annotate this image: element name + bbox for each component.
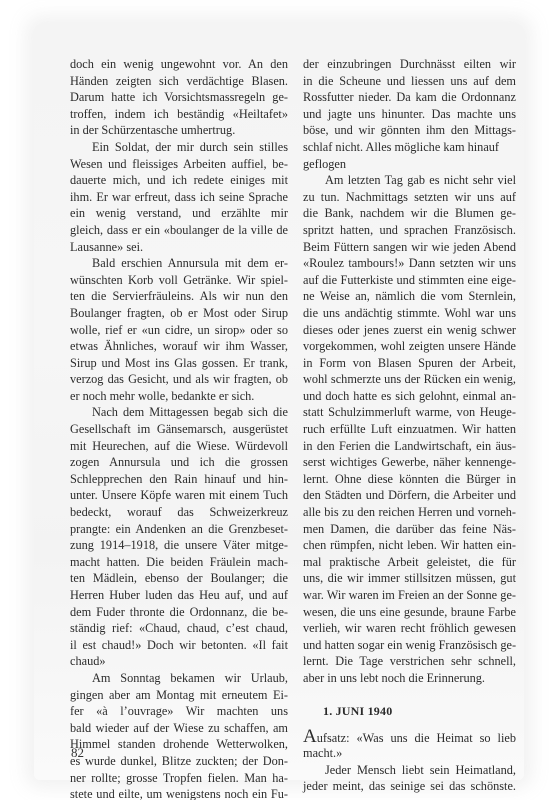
right-column: der einzubringen Durchnässt eilten wir i… [303, 56, 516, 795]
text-line: Sirup und Most ins Glas gossen. Er trank… [70, 355, 288, 372]
essay-title: ufsatz: «Was uns die Heimat so lieb [317, 731, 516, 745]
text-line: aber in uns lebt noch die Erinnerung. [303, 670, 516, 687]
section-heading: 1. JUNI 1940 [323, 703, 516, 719]
text-line: zogen Annursula und ich die grossen [70, 454, 288, 471]
text-line: Schlepprechen den Rain hinauf und hin- [70, 471, 288, 488]
text-line: unter. Unsere Köpfe waren mit einem Tuch [70, 487, 288, 504]
text-line: uns, die wir immer stillsitzen müssen, g… [303, 570, 516, 587]
text-line: zung 1914–1918, die unsere Väter mitge- [70, 537, 288, 554]
text-line: lernt. Die Tage verstrichen sehr schnell… [303, 653, 516, 670]
text-line: wolle, rief er «un cidre, un sirop» oder… [70, 322, 288, 339]
text-line: Boulanger fragten, ob er Most oder Sirup [70, 305, 288, 322]
text-line: Himmel standen drohende Wetterwolken, [70, 736, 288, 753]
text-line: wohl schmerzte uns der Rücken ein wenig, [303, 371, 516, 388]
text-line: er noch mehr wolle, bedankte er sich. [70, 388, 288, 405]
text-line: ein wenig verstand, und erzählte mir [70, 205, 288, 222]
text-line: Wesen und fleissiges Arbeiten auffiel, b… [70, 156, 288, 173]
text-line: der einzubringen Durchnässt eilten wir [303, 56, 516, 73]
text-line: und hatten sogar ein wenig Französisch g… [303, 637, 516, 654]
text-line: ständig rief: «Chaud, chaud, c’est chaud… [70, 620, 288, 637]
text-line: in Form von Blasen Spuren der Arbeit, [303, 355, 516, 372]
text-line: in den Ferien die Landwirtschaft, ein äu… [303, 438, 516, 455]
text-line: verlieh, wir waren recht fröhlich gewese… [303, 620, 516, 637]
text-line: und jagte uns hinunter. Das machte uns [303, 106, 516, 123]
page-number: 82 [71, 745, 84, 761]
text-line: und doch hatte es sich gelohnt, einmal a… [303, 388, 516, 405]
text-line: Herren Huber luden das Heu auf, und auf [70, 587, 288, 604]
text-line: prangte: ein Andenken an die Grenzbeset- [70, 521, 288, 538]
text-line: in die Scheune und liessen uns auf dem [303, 73, 516, 90]
text-line: dauerte mich, und ich redete einiges mit [70, 172, 288, 189]
text-line: stete und eilte, um wenigstens noch ein … [70, 786, 288, 800]
essay-title-continued: macht.» [303, 745, 516, 762]
text-line: schlaf nicht. Alles mögliche kam hinauf [303, 139, 516, 156]
text-line: dieses oder jenes zuerst ein wenig schwe… [303, 322, 516, 339]
drop-cap: A [303, 726, 317, 747]
text-line: gleich, dass er ein «boulanger de la vil… [70, 222, 288, 239]
text-line: Rossfutter nieder. Da kam die Ordonnanz [303, 89, 516, 106]
text-line: macht hatten. Die beiden Fräulein mach- [70, 554, 288, 571]
paragraph-start: Ein Soldat, der mir durch sein stilles [70, 139, 288, 156]
text-line: wünschten Korb voll Getränke. Wir spiel- [70, 272, 288, 289]
text-line: chen rümpfen, nicht leben. Wir hatten ei… [303, 537, 516, 554]
text-line: ten Mädlein, ebenso der Boulanger; die [70, 570, 288, 587]
text-line: «Roulez tambours!» Dann setzten wir uns [303, 255, 516, 272]
text-line: Beim Füttern sangen wir wie jeden Abend [303, 239, 516, 256]
text-line: lernt. Ohne diese könnten die Bürger in [303, 471, 516, 488]
text-line: mal praktische Arbeit geleistet, die für [303, 554, 516, 571]
text-line: chaud» [70, 653, 288, 670]
text-line: Lausanne» sei. [70, 239, 288, 256]
text-line: fer «à l’ouvrage» Wir machten uns [70, 703, 288, 720]
text-line: ruch erfüllte Luft einzuatmen. Wir hatte… [303, 421, 516, 438]
text-line: Händen zeigten sich verdächtige Blasen. [70, 73, 288, 90]
text-line: gingen aber am Montag mit erneutem Ei- [70, 687, 288, 704]
text-line: statt Schulzimmerluft warme, von Heuge- [303, 404, 516, 421]
text-line: vorgekommen, wohl zeigten unsere Hände [303, 338, 516, 355]
text-line: bedeckt, worauf das Schweizerkreuz [70, 504, 288, 521]
text-line: dem Fuder thronte die Ordonnanz, die be- [70, 604, 288, 621]
text-line: ten die Servierfräuleins. Als wir nun de… [70, 288, 288, 305]
text-line: die Bank, nachdem wir die Blumen ge- [303, 205, 516, 222]
text-line: auf die Futterkiste und stimmten eine ei… [303, 272, 516, 289]
text-line: es wurde dunkel, Blitze zuckten; der Don… [70, 753, 288, 770]
essay-title-line: Aufsatz: «Was uns die Heimat so lieb [303, 729, 516, 746]
text-line: serst wichtiges Gewerbe, näher kennenge- [303, 454, 516, 471]
paragraph-start: Am Sonntag bekamen wir Urlaub, [70, 670, 288, 687]
text-line: wesen, die uns eine gesunde, braune Farb… [303, 604, 516, 621]
text-line: ne Weise an, nämlich die vom Sternlein, [303, 288, 516, 305]
text-line: doch ein wenig ungewohnt vor. An den [70, 56, 288, 73]
text-line: jeder meint, das seinige sei das schönst… [303, 778, 516, 795]
text-line: alle bis zu den reichen Herren und vorne… [303, 504, 516, 521]
text-line: in der Schürzentasche umhertrug. [70, 122, 288, 139]
text-line: etwas Ähnliches, worauf wir ihm Wasser, [70, 338, 288, 355]
paragraph-start: Bald erschien Annursula mit dem er- [70, 255, 288, 272]
text-line: den Städten und Dörfern, die Arbeiter un… [303, 487, 516, 504]
text-line: Darum hatte ich Vorsichtsmassregeln ge- [70, 89, 288, 106]
left-column: doch ein wenig ungewohnt vor. An den Hän… [70, 56, 288, 800]
text-line: spritzt hatten, und sprachen Französisch… [303, 222, 516, 239]
text-line: die uns andächtig stimmte. Wohl war uns [303, 305, 516, 322]
paragraph-start: Am letzten Tag gab es nicht sehr viel [303, 172, 516, 189]
text-line: il est chaud!» Doch wir betonten. «Il fa… [70, 637, 288, 654]
paragraph-start: Jeder Mensch liebt sein Heimatland, [303, 762, 516, 779]
text-line: geflogen [303, 156, 516, 173]
text-line: zu tun. Nachmittags setzten wir uns auf [303, 189, 516, 206]
text-line: ihm. Er war erfreut, dass ich seine Spra… [70, 189, 288, 206]
text-line: troffen, indem ich beständig «Heiltafet» [70, 106, 288, 123]
text-line: men Damen, die darüber das feine Näs- [303, 521, 516, 538]
text-line: verzog das Gesicht, und als wir fragten,… [70, 371, 288, 388]
text-line: böse, und wir gönnten ihm den Mittags- [303, 122, 516, 139]
text-line: ner rollte; grosse Tropfen fielen. Man h… [70, 770, 288, 787]
text-line: mit Heurechen, auf die Wiese. Würdevoll [70, 438, 288, 455]
text-line: war. Wir waren im Freien an der Sonne ge… [303, 587, 516, 604]
paragraph-start: Nach dem Mittagessen begab sich die [70, 404, 288, 421]
text-line: bald wieder auf der Wiese zu schaffen, a… [70, 720, 288, 737]
text-line: Gesellschaft im Gänsemarsch, ausgerüstet [70, 421, 288, 438]
